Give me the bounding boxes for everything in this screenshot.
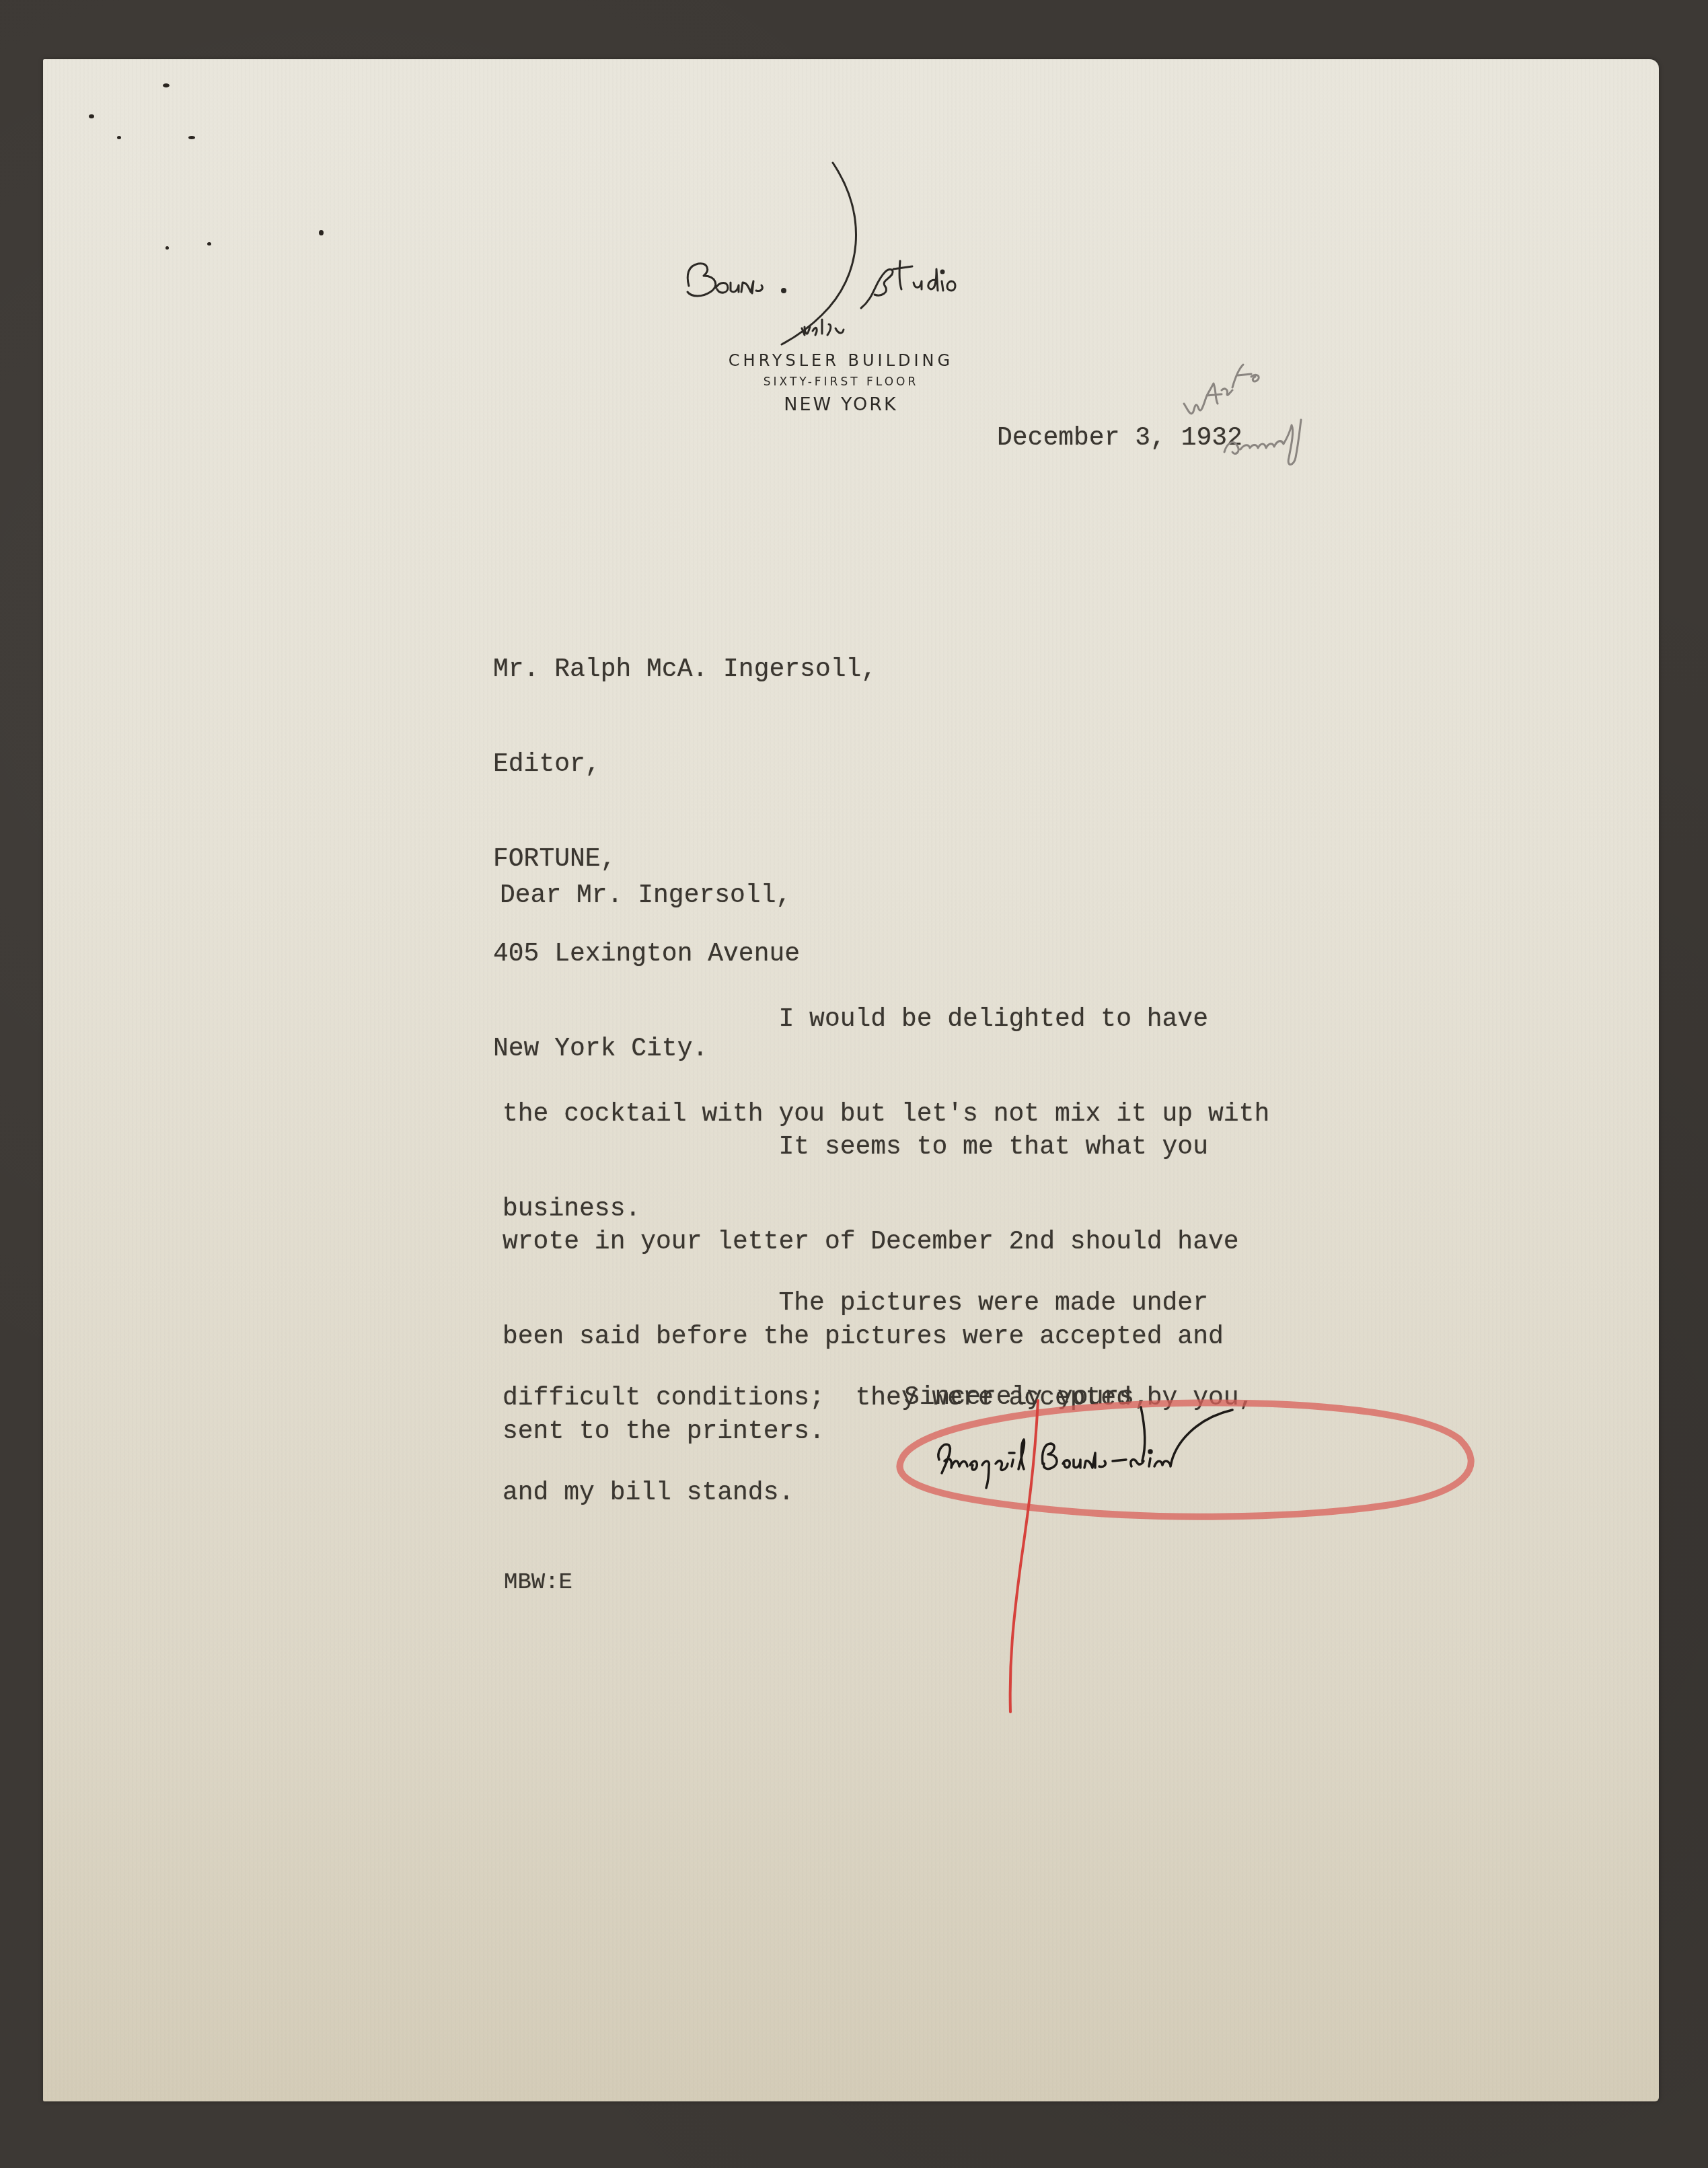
paper-speck	[89, 114, 94, 118]
recipient-line: Mr. Ralph McA. Ingersoll,	[493, 654, 877, 685]
paper-speck	[188, 136, 195, 139]
recipient-line: FORTUNE,	[493, 844, 877, 875]
recipient-line: Editor,	[493, 749, 877, 780]
letterhead-floor: SIXTY-FIRST FLOOR	[632, 375, 1049, 389]
body-line: It seems to me that what you	[503, 1131, 1310, 1163]
letterhead-building: CHRYSLER BUILDING	[632, 351, 1049, 370]
letterhead-city: NEW YORK	[632, 394, 1049, 415]
letterhead: CHRYSLER BUILDING SIXTY-FIRST FLOOR NEW …	[646, 148, 1063, 417]
pencil-annotation	[1157, 336, 1386, 471]
paper-speck	[117, 136, 121, 139]
paper-speck	[207, 242, 211, 246]
salutation: Dear Mr. Ingersoll,	[500, 880, 791, 911]
paper-speck	[319, 230, 324, 235]
studio-logo-script	[646, 148, 1063, 350]
paper-speck	[163, 83, 170, 87]
body-line: The pictures were made under	[503, 1287, 1310, 1319]
paper-speck	[165, 246, 169, 250]
reference-initials: MBW:E	[504, 1567, 572, 1599]
signature-block	[875, 1359, 1514, 1735]
body-line: I would be delighted to have	[503, 1004, 1310, 1035]
